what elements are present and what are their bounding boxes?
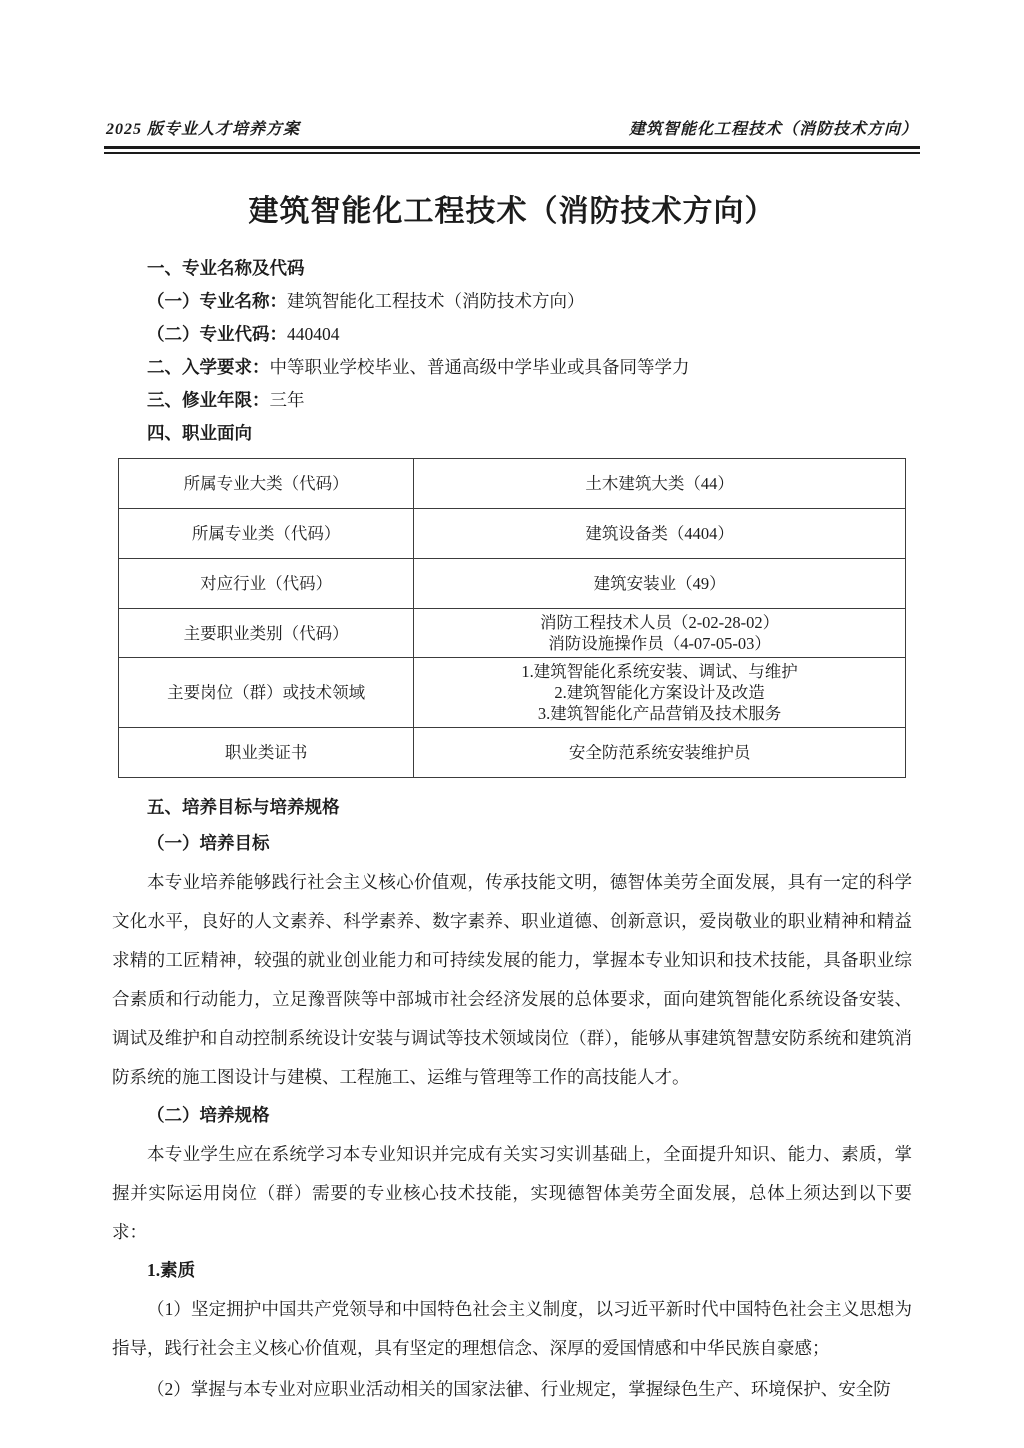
- entry-requirement-label: 二、入学要求：: [147, 357, 270, 377]
- document-body: 一、专业名称及代码 （一）专业名称：建筑智能化工程技术（消防技术方向） （二）专…: [112, 252, 912, 1409]
- training-spec-heading: （二）培养规格: [112, 1098, 912, 1133]
- header-left-text: 2025 版专业人才培养方案: [106, 116, 300, 139]
- row-label-cell: 职业类证书: [119, 728, 414, 778]
- value-line: 1.建筑智能化系统安装、调试、与维护: [420, 661, 899, 682]
- major-code-line: （二）专业代码：440404: [112, 318, 912, 351]
- row-label-cell: 所属专业类（代码）: [119, 509, 414, 559]
- value-line: 2.建筑智能化方案设计及改造: [420, 682, 899, 703]
- row-label-cell: 对应行业（代码）: [119, 559, 414, 609]
- row-label-cell: 主要岗位（群）或技术领域: [119, 658, 414, 728]
- study-duration-line: 三、修业年限：三年: [112, 384, 912, 417]
- major-name-line: （一）专业名称：建筑智能化工程技术（消防技术方向）: [112, 285, 912, 318]
- training-spec-paragraph: 本专业学生应在系统学习本专业知识并完成有关实习实训基础上，全面提升知识、能力、素…: [112, 1135, 912, 1252]
- page-title: 建筑智能化工程技术（消防技术方向）: [0, 186, 1024, 230]
- entry-requirement-value: 中等职业学校毕业、普通高级中学毕业或具备同等学力: [270, 357, 690, 377]
- table-row: 对应行业（代码） 建筑安装业（49）: [119, 559, 906, 609]
- header-right-text: 建筑智能化工程技术（消防技术方向）: [629, 116, 918, 139]
- page-number: 1: [0, 1382, 1024, 1402]
- section-5-heading: 五、培养目标与培养规格: [112, 790, 912, 825]
- table-row: 主要职业类别（代码） 消防工程技术人员（2-02-28-02） 消防设施操作员（…: [119, 609, 906, 658]
- section-4-heading: 四、职业面向: [112, 417, 912, 450]
- table-row: 职业类证书 安全防范系统安装维护员: [119, 728, 906, 778]
- career-table: 所属专业大类（代码） 土木建筑大类（44） 所属专业类（代码） 建筑设备类（44…: [118, 458, 906, 778]
- row-label-cell: 所属专业大类（代码）: [119, 459, 414, 509]
- header-double-rule: [104, 146, 920, 154]
- section-1-heading: 一、专业名称及代码: [112, 252, 912, 285]
- quality-item-1: （1）坚定拥护中国共产党领导和中国特色社会主义制度，以习近平新时代中国特色社会主…: [112, 1290, 912, 1368]
- quality-heading: 1.素质: [112, 1253, 912, 1288]
- running-header: 2025 版专业人才培养方案 建筑智能化工程技术（消防技术方向）: [106, 116, 918, 139]
- row-label-cell: 主要职业类别（代码）: [119, 609, 414, 658]
- training-goal-paragraph: 本专业培养能够践行社会主义核心价值观，传承技能文明，德智体美劳全面发展，具有一定…: [112, 863, 912, 1097]
- row-value-cell: 建筑设备类（4404）: [414, 509, 906, 559]
- major-name-label: （一）专业名称：: [147, 291, 287, 311]
- row-value-cell: 土木建筑大类（44）: [414, 459, 906, 509]
- value-line: 3.建筑智能化产品营销及技术服务: [420, 703, 899, 724]
- major-code-value: 440404: [287, 324, 340, 344]
- major-name-value: 建筑智能化工程技术（消防技术方向）: [287, 291, 585, 311]
- training-goal-heading: （一）培养目标: [112, 826, 912, 861]
- table-row: 所属专业类（代码） 建筑设备类（4404）: [119, 509, 906, 559]
- row-value-cell: 1.建筑智能化系统安装、调试、与维护 2.建筑智能化方案设计及改造 3.建筑智能…: [414, 658, 906, 728]
- row-value-cell: 建筑安装业（49）: [414, 559, 906, 609]
- row-value-cell: 消防工程技术人员（2-02-28-02） 消防设施操作员（4-07-05-03）: [414, 609, 906, 658]
- table-row: 主要岗位（群）或技术领域 1.建筑智能化系统安装、调试、与维护 2.建筑智能化方…: [119, 658, 906, 728]
- major-code-label: （二）专业代码：: [147, 324, 287, 344]
- row-value-cell: 安全防范系统安装维护员: [414, 728, 906, 778]
- entry-requirement-line: 二、入学要求：中等职业学校毕业、普通高级中学毕业或具备同等学力: [112, 351, 912, 384]
- study-duration-value: 三年: [270, 390, 305, 410]
- value-line: 消防工程技术人员（2-02-28-02）: [420, 612, 899, 633]
- document-page: 2025 版专业人才培养方案 建筑智能化工程技术（消防技术方向） 建筑智能化工程…: [0, 0, 1024, 1448]
- value-line: 消防设施操作员（4-07-05-03）: [420, 633, 899, 654]
- study-duration-label: 三、修业年限：: [147, 390, 270, 410]
- table-row: 所属专业大类（代码） 土木建筑大类（44）: [119, 459, 906, 509]
